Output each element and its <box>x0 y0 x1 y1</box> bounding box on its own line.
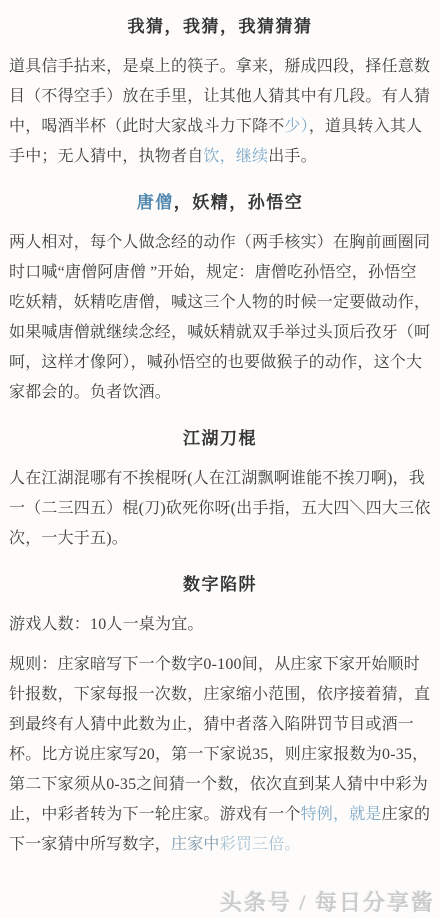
highlighted-text-run: 彩罚三倍。 <box>220 836 301 853</box>
section-title-tangseng-yaojing-sunwukong: 唐僧，妖精，孙悟空 <box>9 188 431 218</box>
text-run: 我猜，我猜，我猜猜猜 <box>128 17 313 36</box>
text-run: 出手。 <box>268 148 317 165</box>
section-title-jianghu-daogun: 江湖刀棍 <box>9 424 431 454</box>
toutiao-watermark: 头条号 / 每日分享酱 <box>220 886 435 917</box>
highlighted-text-run: 饮，继续 <box>203 148 268 165</box>
paragraph: 道具信手拈来，是桌上的筷子。拿来，掰成四段，择任意数目（不得空手）放在手里，让其… <box>9 52 431 172</box>
section-title-guess-guess-guess: 我猜，我猜，我猜猜猜 <box>9 12 431 42</box>
paragraph: 两人相对，每个人做念经的动作（两手核实）在胸前画圈同时口喊“唐僧阿唐僧 ”开始，… <box>9 228 431 408</box>
text-run: 游戏人数：10人一桌为宜。 <box>9 616 204 633</box>
paragraph: 人在江湖混哪有不挨棍呀(人在江湖飘啊谁能不挨刀啊)，我一（二三四五）棍(刀)砍死… <box>9 464 431 554</box>
section-title-shuzi-xianjing: 数字陷阱 <box>9 570 431 600</box>
text-run: 人在江湖混哪有不挨棍呀(人在江湖飘啊谁能不挨刀啊)，我一（二三四五）棍(刀)砍死… <box>9 470 431 547</box>
text-run: 数字陷阱 <box>183 575 257 594</box>
highlighted-text-run: 特例，就是 <box>301 806 382 823</box>
paragraph: 游戏人数：10人一桌为宜。 <box>9 610 431 640</box>
text-run: 两人相对，每个人做念经的动作（两手核实）在胸前画圈同时口喊“唐僧阿唐僧 ”开始，… <box>9 234 430 401</box>
highlighted-text-run: 庄家中 <box>171 836 220 853</box>
text-run: 江湖刀棍 <box>183 429 257 448</box>
article: 我猜，我猜，我猜猜猜道具信手拈来，是桌上的筷子。拿来，掰成四段，择任意数目（不得… <box>0 0 440 860</box>
highlighted-text-run: 少） <box>284 118 308 135</box>
text-run: 规则：庄家暗写下一个数字0-100间，从庄家下家开始顺时针报数，下家每报一次数，… <box>9 656 430 823</box>
paragraph: 规则：庄家暗写下一个数字0-100间，从庄家下家开始顺时针报数，下家每报一次数，… <box>9 650 431 860</box>
text-run: ，妖精，孙悟空 <box>174 193 304 212</box>
highlighted-text-run: 唐僧 <box>137 193 174 212</box>
